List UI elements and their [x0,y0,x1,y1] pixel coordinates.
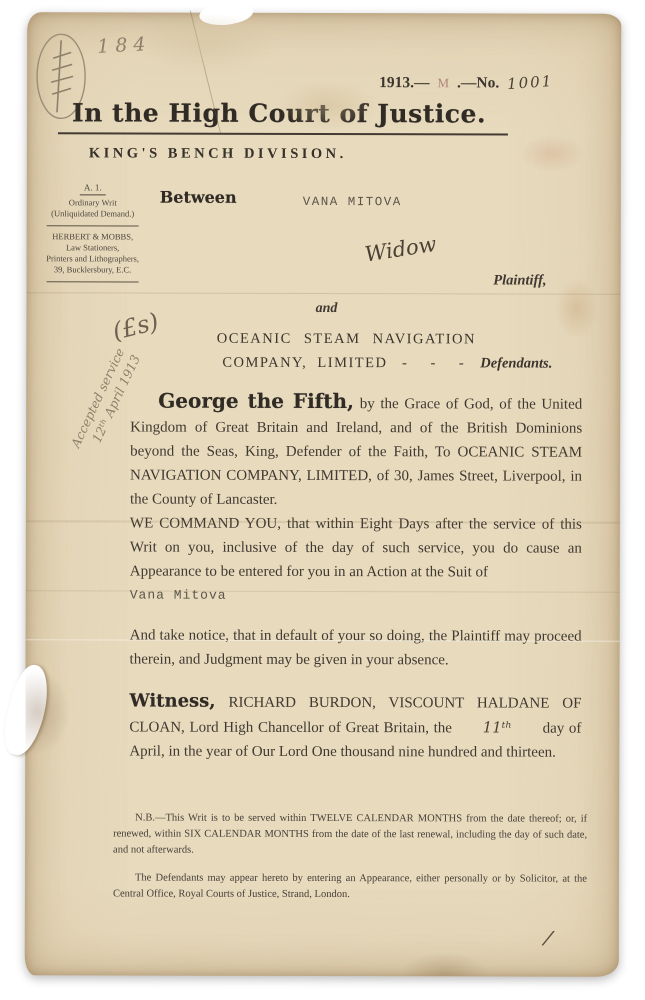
case-reference: 1913.— M .—No. 1001 [379,73,611,93]
royal-style-blackletter: George the Fifth, [158,389,354,414]
court-title: In the High Court of Justice. [58,98,508,135]
default-notice-paragraph: And take notice, that in default of your… [130,623,582,672]
defendants-label: Defendants. [480,355,552,372]
command-paragraph: WE COMMAND YOU, that within Eight Days a… [130,511,582,584]
stationer-margin-block: A. 1. Ordinary Writ (Unliquidated Demand… [31,182,155,287]
royal-intro-paragraph: George the Fifth, by the Grace of God, o… [130,388,582,512]
appearance-footnote: The Defendants may appear hereto by ente… [113,870,587,903]
stationer-trade2: Printers and Lithographers, [46,253,139,263]
writ-body: George the Fifth, by the Grace of God, o… [129,388,582,764]
writ-document-paper: 184 1913.— M .—No. 1001 In the High Cour… [25,12,622,977]
stationer-trade1: Law Stationers, [66,242,119,252]
writ-type-line1: Ordinary Writ [69,197,117,207]
case-number-label: .—No. [457,74,499,92]
footnotes-block: N.B.—This Writ is to be served within TW… [113,810,587,903]
witness-day-handwritten: 11ᵗʰ [483,718,512,736]
case-letter-stamp: M [437,75,449,91]
paper-tear-left-edge [0,661,55,759]
case-number-handwritten: 1001 [507,72,554,93]
and-label: and [281,301,371,317]
defendant-company: COMPANY, LIMITED [222,355,387,372]
witness-paragraph: Witness, RICHARD BURDON, VISCOUNT HALDAN… [129,689,581,764]
plaintiff-name-typed: VANA MITOVA [303,195,402,209]
form-code: A. 1. [80,182,106,195]
margin-rule-bottom [47,281,139,282]
between-label: Between [160,188,237,207]
defendant-name-line2: COMPANY, LIMITED - - - Defendants. [222,355,552,373]
case-year: 1913.— [379,74,429,92]
defendant-name-line1: OCEANIC STEAM NAVIGATION [194,331,498,349]
widow-handwritten-note: Widow [363,232,438,267]
folio-number: 184 [97,33,152,58]
bottom-pen-tick: ∕ [542,925,554,950]
stationer-name: HERBERT & MOBBS, [52,231,133,241]
leader-dashes: - - - [402,355,466,372]
writ-type-line2: (Unliquidated Demand.) [51,208,134,218]
witness-blackletter: Witness, [129,690,215,711]
paper-tear-top-edge [198,0,254,27]
nb-service-footnote: N.B.—This Writ is to be served within TW… [113,810,587,859]
royal-intro-text: by the Grace of God, of the United Kingd… [130,396,582,508]
margin-rule-top [47,225,139,226]
suit-of-name-typed: Vana Mitova [130,583,582,608]
division-heading: KING'S BENCH DIVISION. [89,145,347,163]
stationer-address: 39, Bucklersbury, E.C. [54,264,131,274]
plaintiff-label: Plaintiff, [417,272,547,289]
